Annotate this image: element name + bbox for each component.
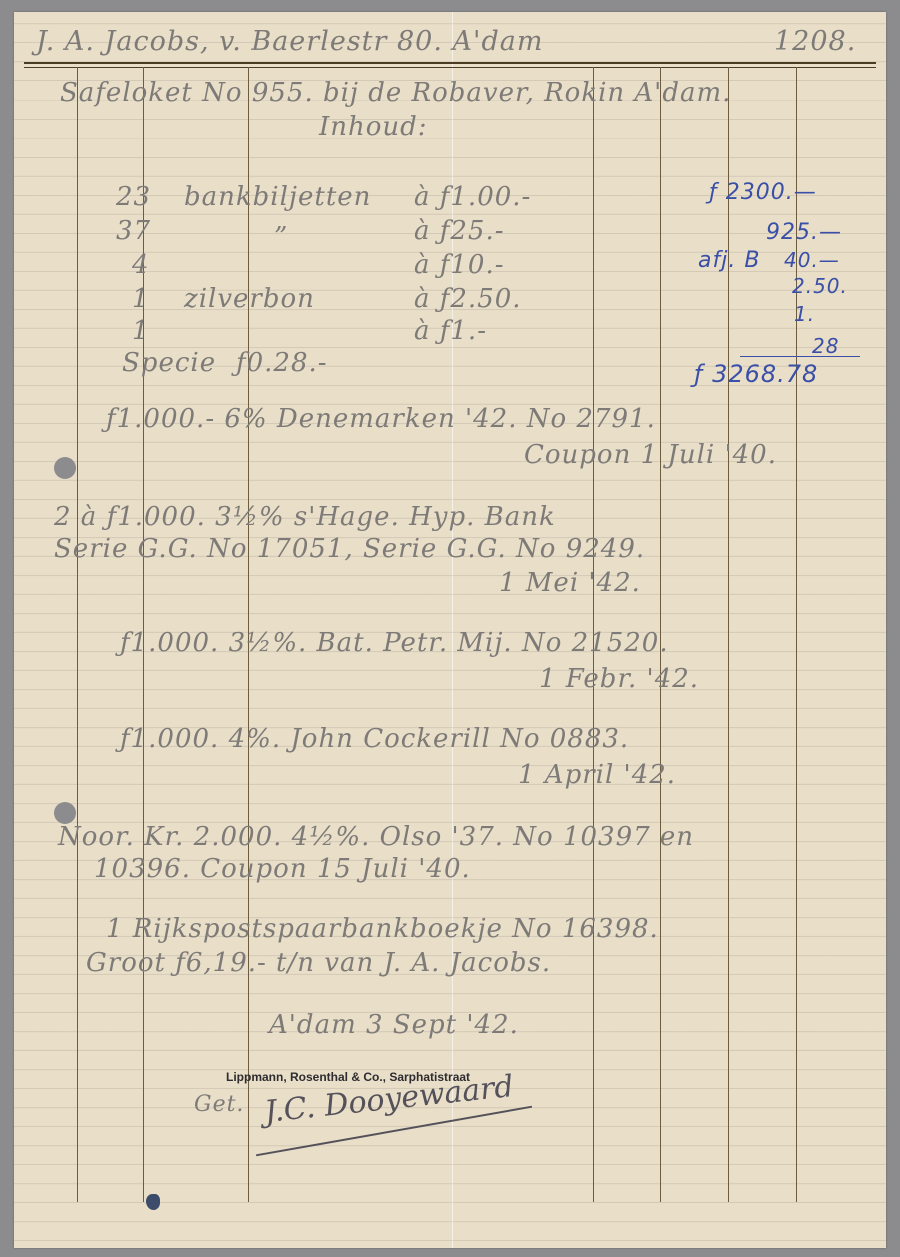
title-line-2: Inhoud:	[319, 112, 428, 142]
security-line: 2 à ƒ1.000. 3½% s'Hage. Hyp. Bank	[54, 502, 556, 532]
content-qty: 23	[116, 182, 151, 212]
column-line	[77, 67, 78, 1202]
ink-blot	[146, 1194, 160, 1210]
column-line	[728, 67, 729, 1202]
security-line: 1 Mei '42.	[499, 568, 641, 598]
security-line: 1 Febr. '42.	[539, 664, 699, 694]
header-rule-top	[24, 62, 876, 64]
security-line: ƒ1.000. 4%. John Cockerill No 0883.	[120, 724, 629, 754]
content-rate: à ƒ10.-	[414, 250, 505, 280]
tally-total: ƒ 3268.78	[694, 360, 818, 388]
header-name-address: J. A. Jacobs, v. Baerlestr 80. A'dam	[36, 26, 543, 57]
content-item: zilverbon	[184, 284, 315, 314]
tally-line: 40.—	[784, 248, 840, 272]
punch-hole	[54, 802, 76, 824]
content-qty: 1	[132, 316, 150, 346]
security-line: Coupon 1 Juli '40.	[524, 440, 777, 470]
security-line: ƒ1.000.- 6% Denemarken '42. No 2791.	[106, 404, 656, 434]
security-line: ƒ1.000. 3½%. Bat. Petr. Mij. No 21520.	[120, 628, 669, 658]
content-qty: 1	[132, 284, 150, 314]
title-line-1: Safeloket No 955. bij de Robaver, Rokin …	[60, 78, 731, 108]
security-line: Serie G.G. No 17051, Serie G.G. No 9249.	[54, 534, 645, 564]
content-rate: à ƒ25.-	[414, 216, 505, 246]
document-page: J. A. Jacobs, v. Baerlestr 80. A'dam 120…	[14, 12, 886, 1248]
content-qty: 4	[132, 250, 150, 280]
tally-line: 2.50.	[792, 274, 848, 298]
tally-sum-line	[740, 356, 860, 357]
tally-cents: 28	[812, 334, 839, 358]
tally-margin-note: afj. B	[698, 248, 760, 273]
content-rate: à ƒ1.-	[414, 316, 487, 346]
tally-line: 925.—	[766, 220, 842, 245]
tally-line: ƒ 2300.—	[709, 180, 817, 205]
security-line: Noor. Kr. 2.000. 4½%. Olso '37. No 10397…	[58, 822, 694, 852]
security-line: 10396. Coupon 15 Juli '40.	[94, 854, 471, 884]
header-rule-bottom	[24, 67, 876, 68]
place-date: A'dam 3 Sept '42.	[269, 1010, 519, 1040]
content-rate: à ƒ1.00.-	[414, 182, 531, 212]
security-line: Groot ƒ6,19.- t/n van J. A. Jacobs.	[86, 948, 551, 978]
content-item: Specie	[122, 348, 216, 378]
content-rate: à ƒ2.50.	[414, 284, 522, 314]
content-qty: 37	[116, 216, 151, 246]
security-line: 1 April '42.	[518, 760, 676, 790]
punch-hole	[54, 457, 76, 479]
tally-line: 1.	[794, 302, 815, 326]
header-number: 1208.	[774, 26, 856, 57]
content-item: ”	[274, 222, 288, 252]
content-item: bankbiljetten	[184, 182, 371, 212]
content-rate: ƒ0.28.-	[236, 348, 328, 378]
signature-prefix: Get.	[194, 1092, 244, 1117]
security-line: 1 Rijkspostspaarbankboekje No 16398.	[106, 914, 659, 944]
